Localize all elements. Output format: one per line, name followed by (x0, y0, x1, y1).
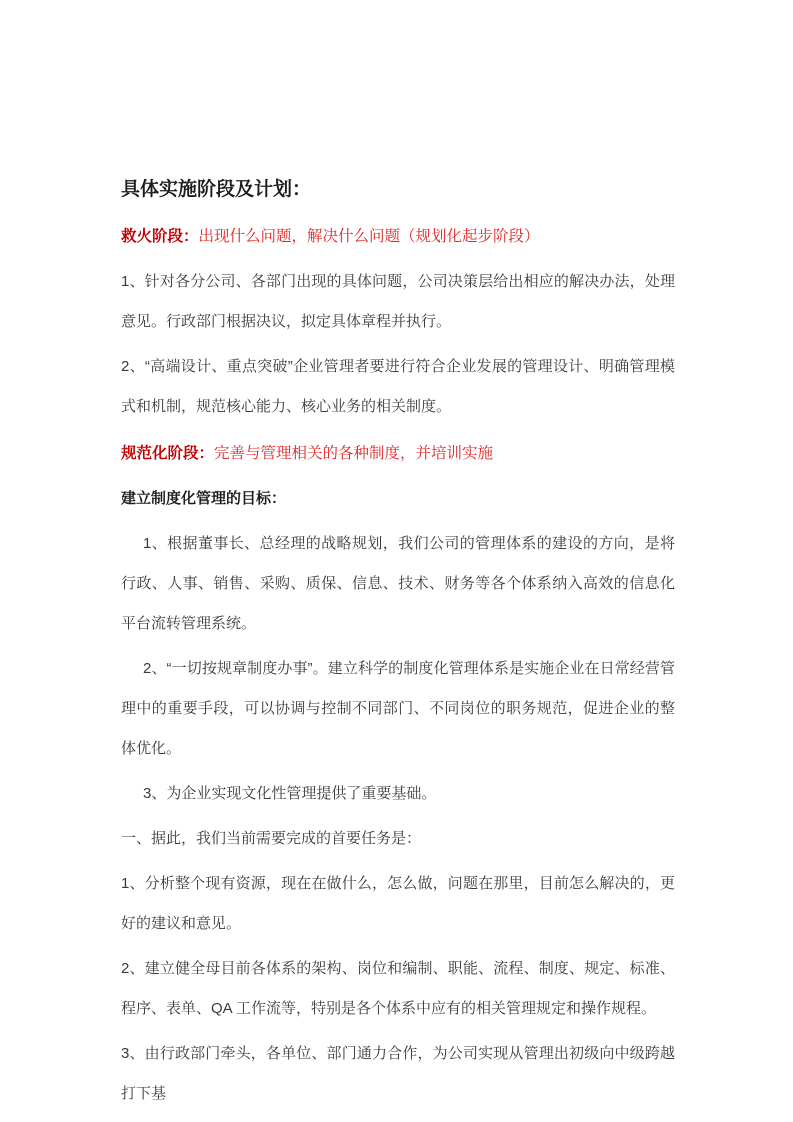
paragraph-task-2: 2、建立健全母目前各体系的架构、岗位和编制、职能、流程、制度、规定、标准、程序、… (121, 949, 675, 1029)
paragraph-fire-item-2: 2、“高端设计、重点突破”企业管理者要进行符合企业发展的管理设计、明确管理模式和… (121, 347, 675, 427)
document-page: 具体实施阶段及计划： 救火阶段：出现什么问题，解决什么问题（规划化起步阶段） 1… (0, 0, 793, 1122)
heading-institutional-goals: 建立制度化管理的目标： (121, 479, 675, 519)
heading-standardization-stage: 规范化阶段：完善与管理相关的各种制度，并培训实施 (121, 434, 675, 474)
paragraph-task-1: 1、分析整个现有资源，现在在做什么，怎么做，问题在那里，目前怎么解决的，更好的建… (121, 864, 675, 944)
heading-fire-stage-label: 救火阶段： (121, 228, 199, 245)
paragraph-goal-1: 1、根据董事长、总经理的战略规划，我们公司的管理体系的建设的方向，是将行政、人事… (121, 524, 675, 644)
paragraph-primary-tasks-intro: 一、据此，我们当前需要完成的首要任务是： (121, 819, 675, 859)
paragraph-task-3: 3、由行政部门牵头，各单位、部门通力合作，为公司实现从管理出初级向中级跨越打下基 (121, 1034, 675, 1114)
heading-fire-stage-text: 出现什么问题，解决什么问题（规划化起步阶段） (199, 228, 540, 245)
heading-standardization-label: 规范化阶段： (121, 445, 214, 462)
heading-fire-stage: 救火阶段：出现什么问题，解决什么问题（规划化起步阶段） (121, 217, 675, 257)
paragraph-goal-2: 2、“一切按规章制度办事”。建立科学的制度化管理体系是实施企业在日常经营管理中的… (121, 649, 675, 769)
paragraph-fire-item-1: 1、针对各分公司、各部门出现的具体问题，公司决策层给出相应的解决办法，处理意见。… (121, 262, 675, 342)
page-title: 具体实施阶段及计划： (121, 170, 675, 210)
paragraph-goal-3: 3、为企业实现文化性管理提供了重要基础。 (121, 774, 675, 814)
heading-standardization-text: 完善与管理相关的各种制度，并培训实施 (214, 445, 493, 462)
